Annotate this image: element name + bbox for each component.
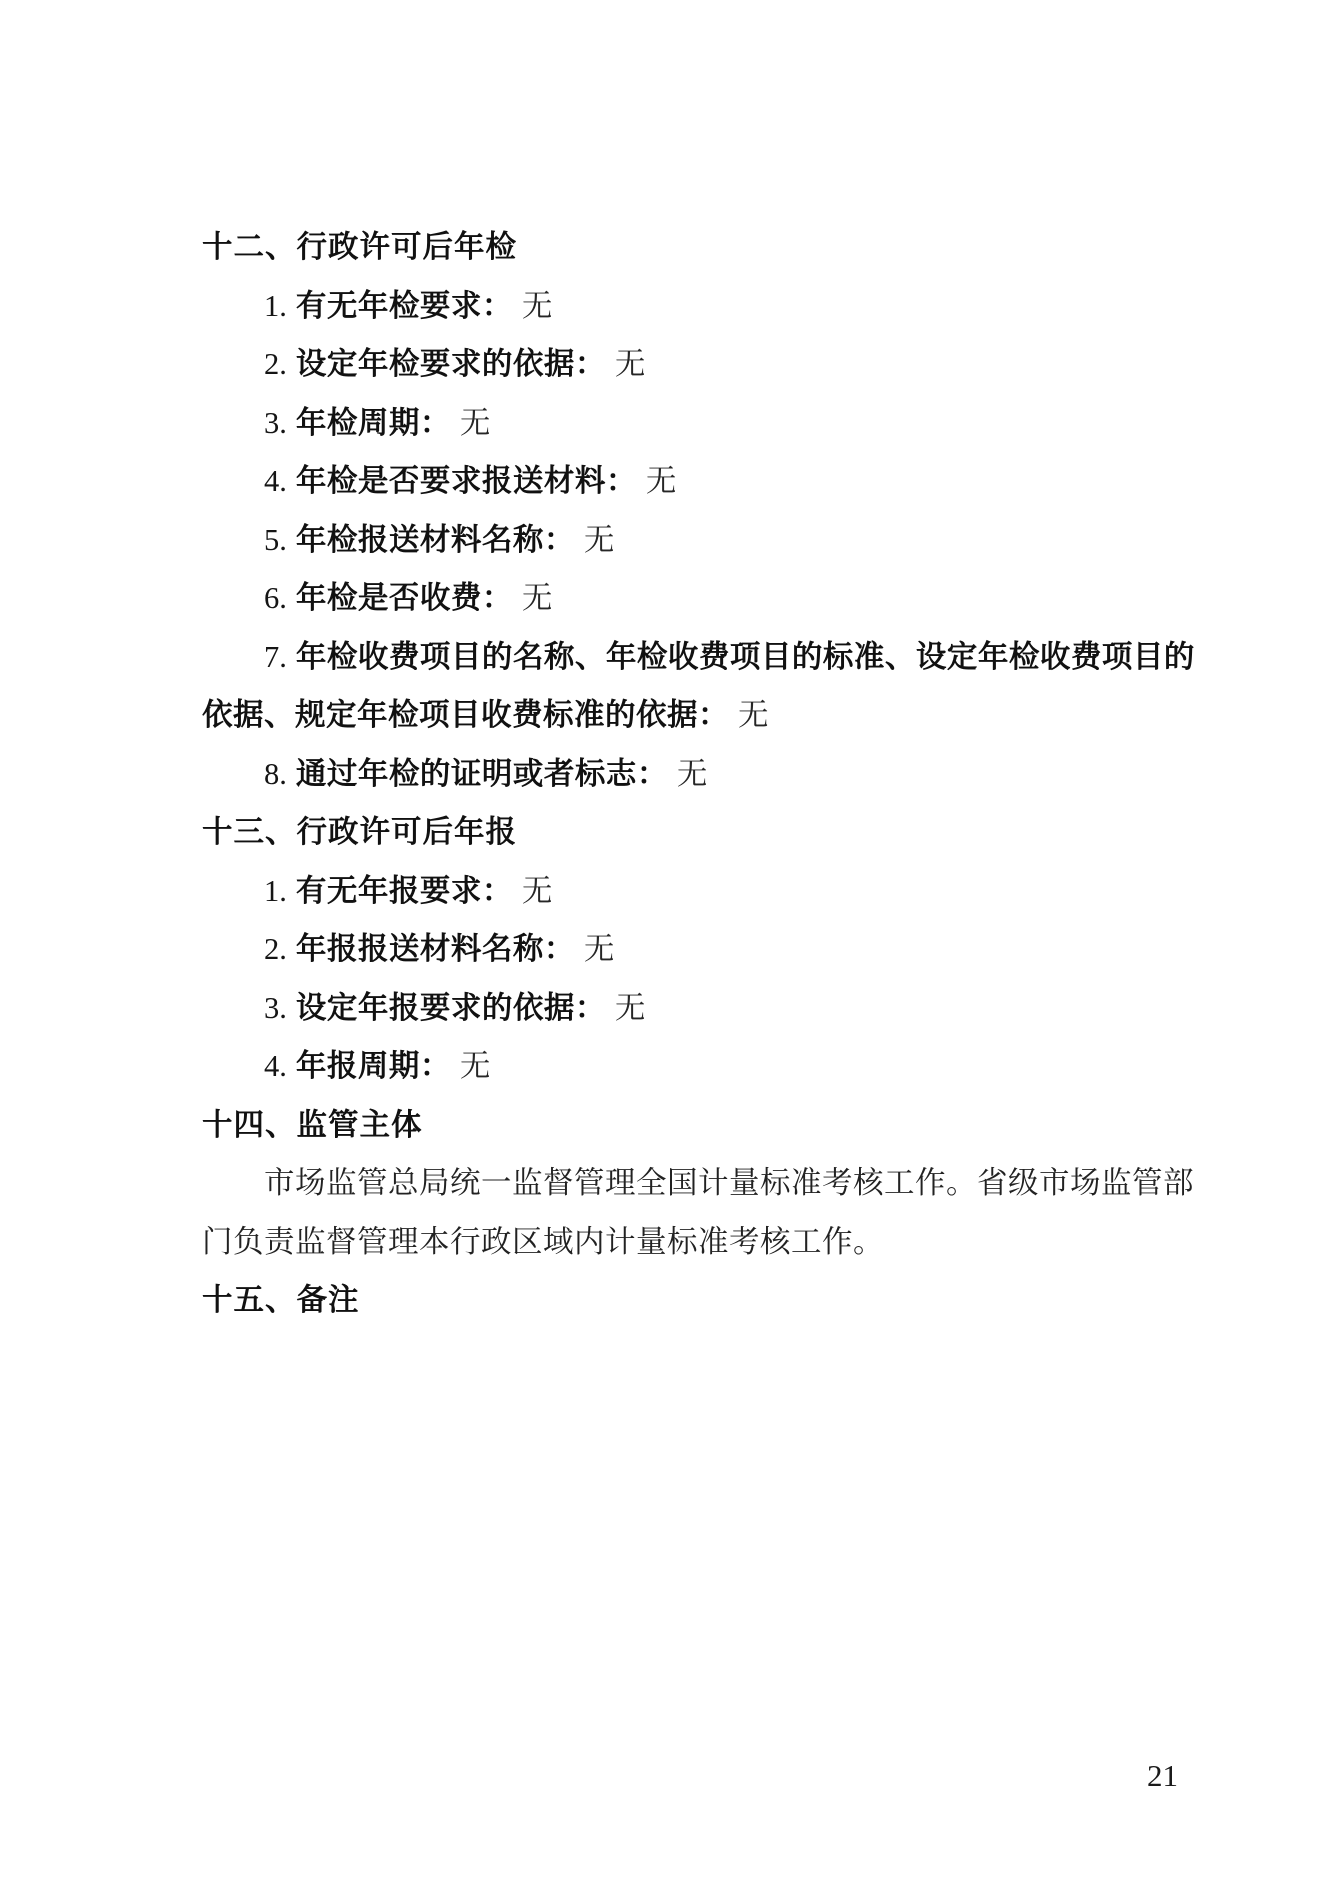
numbered-item: 8.通过年检的证明或者标志：无	[202, 745, 1180, 804]
item-value: 无	[460, 1049, 491, 1083]
numbered-item: 4.年报周期：无	[202, 1037, 1180, 1096]
item-number: 8.	[264, 757, 287, 791]
section-heading: 十五、备注	[202, 1271, 1180, 1330]
section-heading-text: 十五、备注	[202, 1283, 360, 1317]
item-value: 无	[522, 581, 553, 615]
item-label: 设定年检要求的依据：	[296, 347, 606, 381]
item-number: 3.	[264, 991, 287, 1025]
item-number: 4.	[264, 464, 287, 498]
paragraph-text: 门负责监督管理本行政区域内计量标准考核工作。	[202, 1225, 884, 1259]
numbered-item: 3.设定年报要求的依据：无	[202, 979, 1180, 1038]
item-label: 年报周期：	[296, 1049, 451, 1083]
numbered-item: 1.有无年报要求：无	[202, 862, 1180, 921]
item-number: 5.	[264, 523, 287, 557]
item-number: 7.	[264, 640, 287, 674]
item-label: 年报报送材料名称：	[296, 932, 575, 966]
section-heading: 十四、监管主体	[202, 1096, 1180, 1155]
paragraph-line: 市场监管总局统一监督管理全国计量标准考核工作。省级市场监管部	[202, 1154, 1180, 1213]
document-content: 十二、行政许可后年检1.有无年检要求：无2.设定年检要求的依据：无3.年检周期：…	[202, 218, 1180, 1330]
item-number: 4.	[264, 1049, 287, 1083]
item-label: 依据、规定年检项目收费标准的依据：	[202, 698, 729, 732]
numbered-item: 3.年检周期：无	[202, 394, 1180, 453]
item-number: 3.	[264, 406, 287, 440]
item-value: 无	[615, 991, 646, 1025]
section-heading-text: 十二、行政许可后年检	[202, 230, 517, 264]
numbered-item: 2.年报报送材料名称：无	[202, 920, 1180, 979]
numbered-item: 4.年检是否要求报送材料：无	[202, 452, 1180, 511]
item-value: 无	[522, 289, 553, 323]
section-heading: 十二、行政许可后年检	[202, 218, 1180, 277]
item-label: 年检报送材料名称：	[296, 523, 575, 557]
numbered-item: 1.有无年检要求：无	[202, 277, 1180, 336]
item-label: 年检是否要求报送材料：	[296, 464, 637, 498]
item-label: 年检是否收费：	[296, 581, 513, 615]
item-label: 有无年报要求：	[296, 874, 513, 908]
item-label: 年检周期：	[296, 406, 451, 440]
item-number: 6.	[264, 581, 287, 615]
paragraph-text: 市场监管总局统一监督管理全国计量标准考核工作。省级市场监管部	[264, 1166, 1194, 1200]
item-continuation-line: 依据、规定年检项目收费标准的依据：无	[202, 686, 1180, 745]
paragraph-line: 门负责监督管理本行政区域内计量标准考核工作。	[202, 1213, 1180, 1272]
item-number: 1.	[264, 289, 287, 323]
section-heading: 十三、行政许可后年报	[202, 803, 1180, 862]
numbered-item: 7.年检收费项目的名称、年检收费项目的标准、设定年检收费项目的	[202, 628, 1180, 687]
item-value: 无	[584, 523, 615, 557]
item-value: 无	[738, 698, 769, 732]
item-label: 有无年检要求：	[296, 289, 513, 323]
item-label: 设定年报要求的依据：	[296, 991, 606, 1025]
item-value: 无	[677, 757, 708, 791]
item-value: 无	[615, 347, 646, 381]
item-label: 通过年检的证明或者标志：	[296, 757, 668, 791]
item-value: 无	[646, 464, 677, 498]
item-value: 无	[522, 874, 553, 908]
page-number: 21	[1147, 1758, 1178, 1794]
numbered-item: 5.年检报送材料名称：无	[202, 511, 1180, 570]
section-heading-text: 十三、行政许可后年报	[202, 815, 517, 849]
item-number: 2.	[264, 932, 287, 966]
item-label: 年检收费项目的名称、年检收费项目的标准、设定年检收费项目的	[296, 640, 1195, 674]
numbered-item: 2.设定年检要求的依据：无	[202, 335, 1180, 394]
section-heading-text: 十四、监管主体	[202, 1108, 423, 1142]
item-number: 1.	[264, 874, 287, 908]
document-page: 十二、行政许可后年检1.有无年检要求：无2.设定年检要求的依据：无3.年检周期：…	[0, 0, 1339, 1890]
item-value: 无	[584, 932, 615, 966]
item-number: 2.	[264, 347, 287, 381]
item-value: 无	[460, 406, 491, 440]
numbered-item: 6.年检是否收费：无	[202, 569, 1180, 628]
